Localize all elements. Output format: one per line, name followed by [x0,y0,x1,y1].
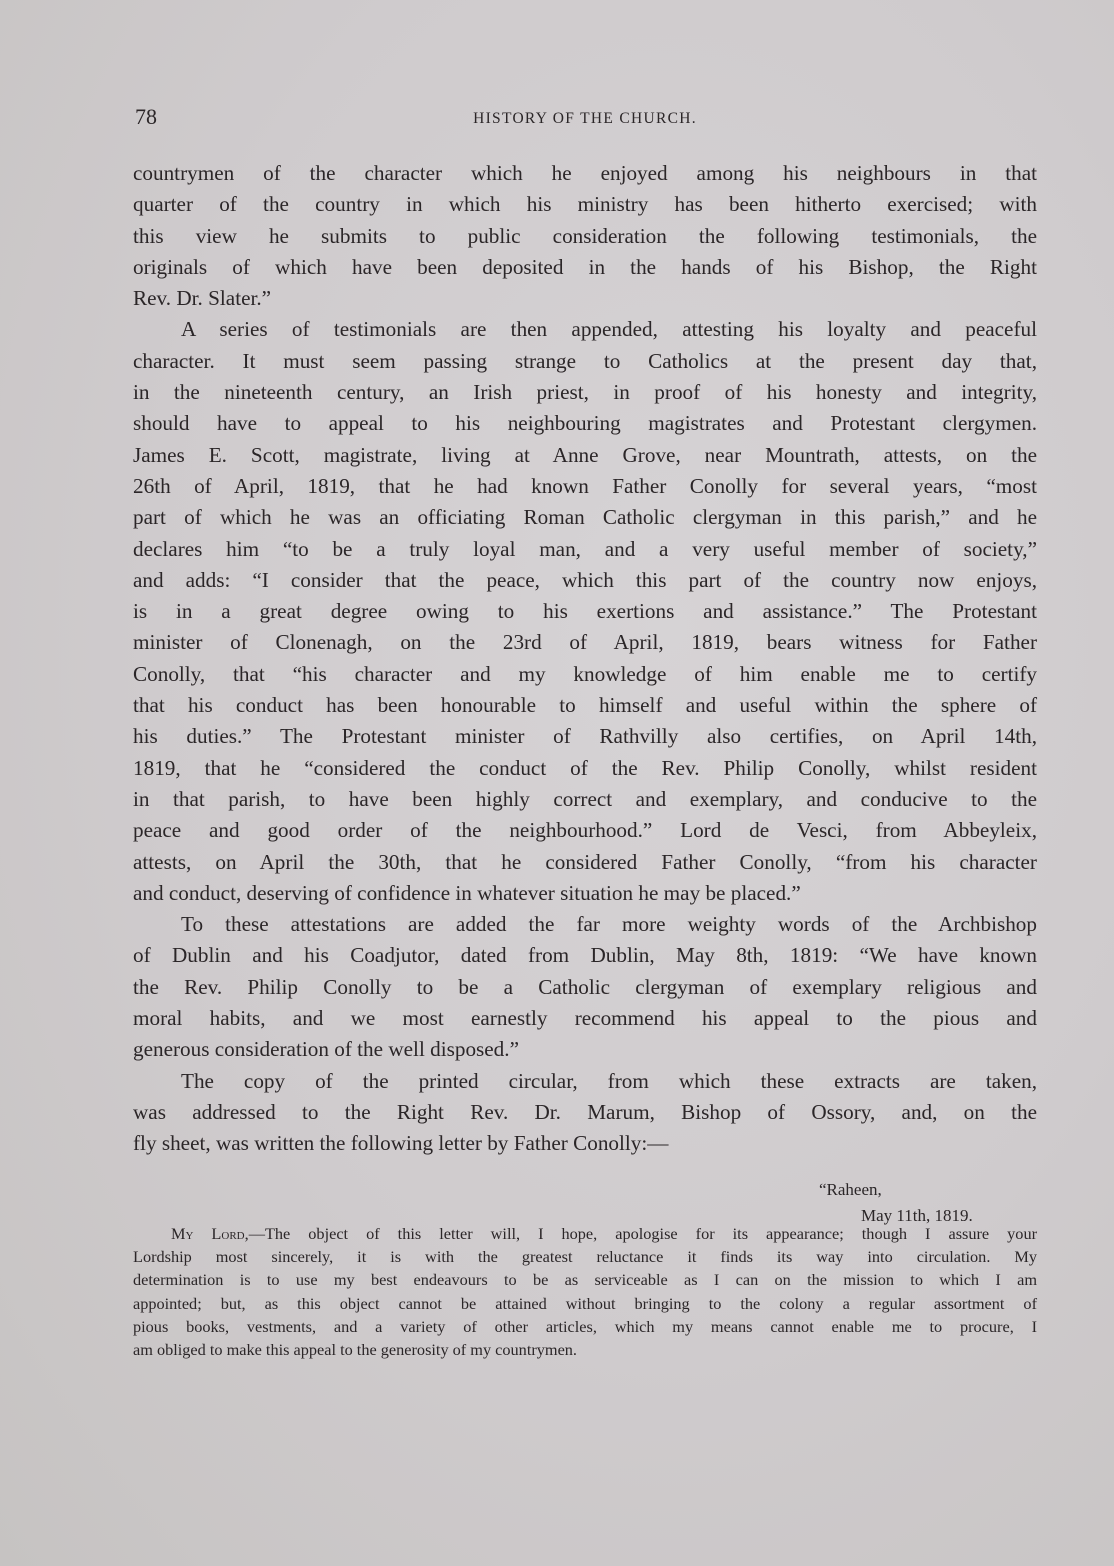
text-line: minister of Clonenagh, on the 23rd of Ap… [133,627,1037,658]
text-line: originals of which have been deposited i… [133,252,1037,283]
text-line: in the nineteenth century, an Irish prie… [133,377,1037,408]
text-line: of Dublin and his Coadjutor, dated from … [133,940,1037,971]
text-line: part of which he was an officiating Roma… [133,502,1037,533]
text-line: character. It must seem passing strange … [133,346,1037,377]
text-line: is in a great degree owing to his exerti… [133,596,1037,627]
letter-line: determination is to use my best endeavou… [133,1268,1037,1291]
running-title: HISTORY OF THE CHURCH. [133,110,1037,128]
text-line: and conduct, deserving of confidence in … [133,878,1037,909]
text-line: 26th of April, 1819, that he had known F… [133,471,1037,502]
text-line: should have to appeal to his neighbourin… [133,408,1037,439]
text-line: the Rev. Philip Conolly to be a Catholic… [133,972,1037,1003]
letter-text: My Lord,—The object of this letter will,… [133,1222,1037,1361]
running-head: 78 HISTORY OF THE CHURCH. [133,104,1037,134]
letter-place: “Raheen, [819,1180,1114,1200]
text-line: that his conduct has been honourable to … [133,690,1037,721]
letter-line: My Lord,—The object of this letter will,… [133,1222,1037,1245]
text-line: was addressed to the Right Rev. Dr. Maru… [133,1097,1037,1128]
text-line: quarter of the country in which his mini… [133,189,1037,220]
text-line: his duties.” The Protestant minister of … [133,721,1037,752]
text-line: To these attestations are added the far … [133,909,1037,940]
text-line: The copy of the printed circular, from w… [133,1066,1037,1097]
salutation: My Lord, [171,1224,249,1243]
text-line: attests, on April the 30th, that he cons… [133,847,1037,878]
text-line: 1819, that he “considered the conduct of… [133,753,1037,784]
text-line: and adds: “I consider that the peace, wh… [133,565,1037,596]
body-text: countrymen of the character which he enj… [133,158,1037,1160]
paragraph: To these attestations are added the far … [133,909,1037,1065]
paragraph: A series of testimonials are then append… [133,314,1037,909]
text-line: James E. Scott, magistrate, living at An… [133,440,1037,471]
paragraph: countrymen of the character which he enj… [133,158,1037,314]
text-line: peace and good order of the neighbourhoo… [133,815,1037,846]
paragraph: The copy of the printed circular, from w… [133,1066,1037,1160]
letter-line: am obliged to make this appeal to the ge… [133,1338,1037,1361]
text-line: countrymen of the character which he enj… [133,158,1037,189]
letter-line: appointed; but, as this object cannot be… [133,1292,1037,1315]
text-line: declares him “to be a truly loyal man, a… [133,534,1037,565]
text-line: fly sheet, was written the following let… [133,1128,1037,1159]
text-line: Conolly, that “his character and my know… [133,659,1037,690]
text-line: moral habits, and we most earnestly reco… [133,1003,1037,1034]
letter-line: pious books, vestments, and a variety of… [133,1315,1037,1338]
text-line: this view he submits to public considera… [133,221,1037,252]
letter-line: Lordship most sincerely, it is with the … [133,1245,1037,1268]
text-line: A series of testimonials are then append… [133,314,1037,345]
text-line: generous consideration of the well dispo… [133,1034,1037,1065]
text-line: in that parish, to have been highly corr… [133,784,1037,815]
text-line: Rev. Dr. Slater.” [133,283,1037,314]
